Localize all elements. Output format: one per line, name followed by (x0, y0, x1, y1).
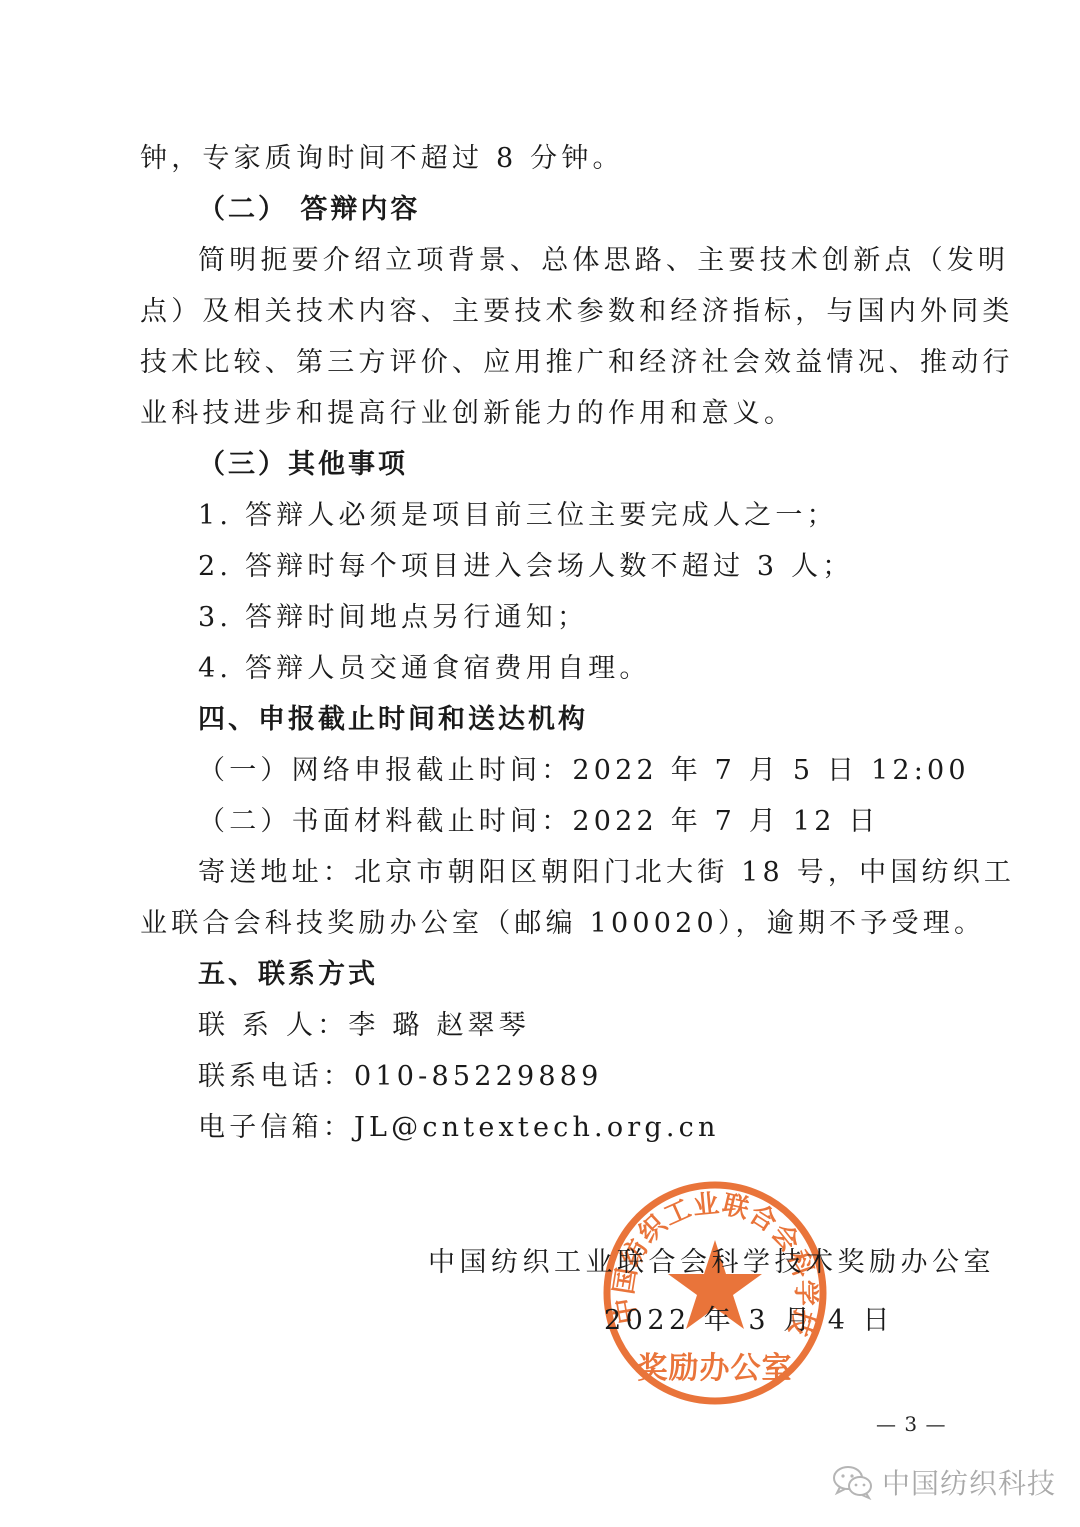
deadline-paper: （二）书面材料截止时间：2022 年 7 月 12 日 (198, 804, 1008, 840)
paragraph-line: 业科技进步和提高行业创新能力的作用和意义。 (140, 396, 950, 432)
section-heading: 四、申报截止时间和送达机构 (198, 702, 1008, 738)
official-seal-icon: 中国纺织工业联合会科学技术 奖励办公室 (600, 1178, 830, 1408)
svg-text:奖励办公室: 奖励办公室 (638, 1351, 793, 1386)
signature-date: 2022 年 3 月 4 日 (604, 1303, 894, 1339)
list-item: 3. 答辩时间地点另行通知； (198, 600, 1008, 636)
section-heading: 五、联系方式 (198, 957, 1008, 993)
contact-phone: 联系电话：010-85229889 (198, 1059, 1008, 1095)
list-item: 1. 答辩人必须是项目前三位主要完成人之一； (198, 498, 1008, 534)
section-heading: （三）其他事项 (198, 447, 1008, 483)
page-number: — 3 — (876, 1412, 946, 1436)
document-page: 钟，专家质询时间不超过 8 分钟。 （二） 答辩内容 简明扼要介绍立项背景、总体… (0, 0, 1080, 1527)
section-heading: （二） 答辩内容 (198, 192, 1008, 228)
list-item: 2. 答辩时每个项目进入会场人数不超过 3 人； (198, 549, 1008, 585)
watermark-text: 中国纺织科技 (882, 1462, 1056, 1502)
mailing-address: 寄送地址：北京市朝阳区朝阳门北大街 18 号，中国纺织工 (198, 855, 1008, 891)
wechat-icon (832, 1464, 874, 1500)
mailing-address-cont: 业联合会科技奖励办公室（邮编 100020），逾期不予受理。 (140, 906, 950, 942)
watermark: 中国纺织科技 (832, 1462, 1056, 1502)
paragraph-line: 点）及相关技术内容、主要技术参数和经济指标，与国内外同类 (140, 294, 950, 330)
paragraph-line: 钟，专家质询时间不超过 8 分钟。 (140, 141, 950, 177)
paragraph-line: 简明扼要介绍立项背景、总体思路、主要技术创新点（发明 (198, 243, 1008, 279)
contact-email: 电子信箱：JL@cntextech.org.cn (198, 1110, 1008, 1146)
contact-person: 联 系 人：李 璐 赵翠琴 (198, 1008, 1008, 1044)
signature-organization: 中国纺织工业联合会科学技术奖励办公室 (428, 1245, 995, 1281)
deadline-online: （一）网络申报截止时间：2022 年 7 月 5 日 12:00 (198, 753, 1008, 789)
paragraph-line: 技术比较、第三方评价、应用推广和经济社会效益情况、推动行 (140, 345, 950, 381)
list-item: 4. 答辩人员交通食宿费用自理。 (198, 651, 1008, 687)
